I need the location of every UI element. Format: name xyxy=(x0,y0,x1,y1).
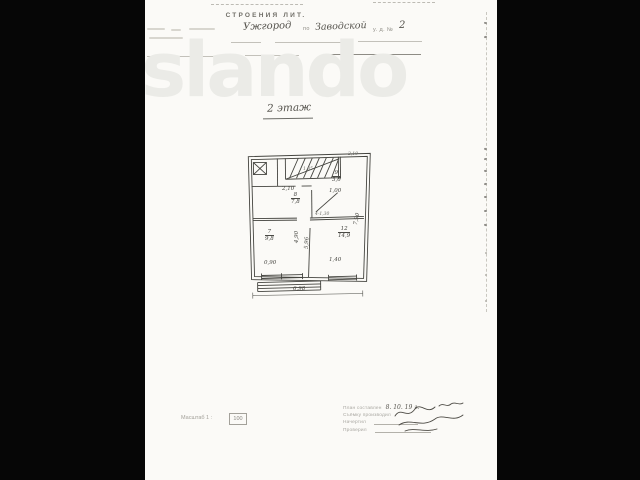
room-number: 7 xyxy=(265,229,274,236)
scanned-photo: СТРОЕНИЯ ЛИТ. Ужгород по Заводской у. д.… xyxy=(0,0,640,480)
edge-mark xyxy=(484,210,487,212)
floor-title-underline xyxy=(263,118,313,120)
scale-value-box: 100 xyxy=(229,413,247,425)
edge-mark xyxy=(484,22,487,24)
page-fold-line xyxy=(486,12,487,312)
edge-mark xyxy=(484,170,487,172)
scale-label: Масштаб 1 : xyxy=(181,415,212,421)
room-number: 8 xyxy=(291,192,300,199)
room-number: 9 xyxy=(332,170,341,177)
dim-door-note: 4-1,30 xyxy=(315,212,329,217)
edge-mark xyxy=(484,148,487,151)
dim-top-right: 2,10 xyxy=(348,152,358,157)
dim-room-depth-b: 5,96 xyxy=(304,237,311,250)
dim-overall-width: 6,98 xyxy=(293,286,305,292)
edge-mark xyxy=(484,196,487,198)
dim-stair-side: 1,85 xyxy=(303,167,313,172)
room-area: 7,8 xyxy=(291,199,300,205)
room-label-7: 7 9,8 xyxy=(265,229,274,243)
form-dashed-line xyxy=(211,4,303,5)
edge-mark xyxy=(485,300,487,302)
room-area: 3,6 xyxy=(332,177,341,183)
dim-room-depth-a: 4,90 xyxy=(294,231,300,243)
edge-mark xyxy=(485,252,487,254)
dim-door-width: 1,00 xyxy=(329,188,341,194)
room-label-12: 12 14,9 xyxy=(338,226,350,240)
room-area: 9,8 xyxy=(265,236,274,242)
room-number: 12 xyxy=(338,226,350,233)
signature-label: Проверил xyxy=(343,428,367,433)
signature-label: Съёмку производил xyxy=(343,413,391,418)
signature-scribble xyxy=(391,400,469,436)
dim-window-left: 0,90 xyxy=(264,260,276,266)
signature-label: План составлен xyxy=(343,406,382,411)
edge-mark xyxy=(484,224,487,226)
document-page: СТРОЕНИЯ ЛИТ. Ужгород по Заводской у. д.… xyxy=(145,0,497,480)
form-title: СТРОЕНИЯ ЛИТ. xyxy=(201,12,331,19)
floor-title: 2 этаж xyxy=(267,101,311,115)
dim-window-right: 1,40 xyxy=(329,257,341,263)
room-label-9: 9 3,6 xyxy=(332,170,341,184)
signature-label: Начертил xyxy=(343,420,366,425)
room-label-8: 8 7,8 xyxy=(291,192,300,206)
room-area: 14,9 xyxy=(338,233,350,239)
slando-watermark: slando xyxy=(145,32,406,108)
form-dashed-line xyxy=(373,2,435,3)
edge-mark xyxy=(485,274,487,276)
